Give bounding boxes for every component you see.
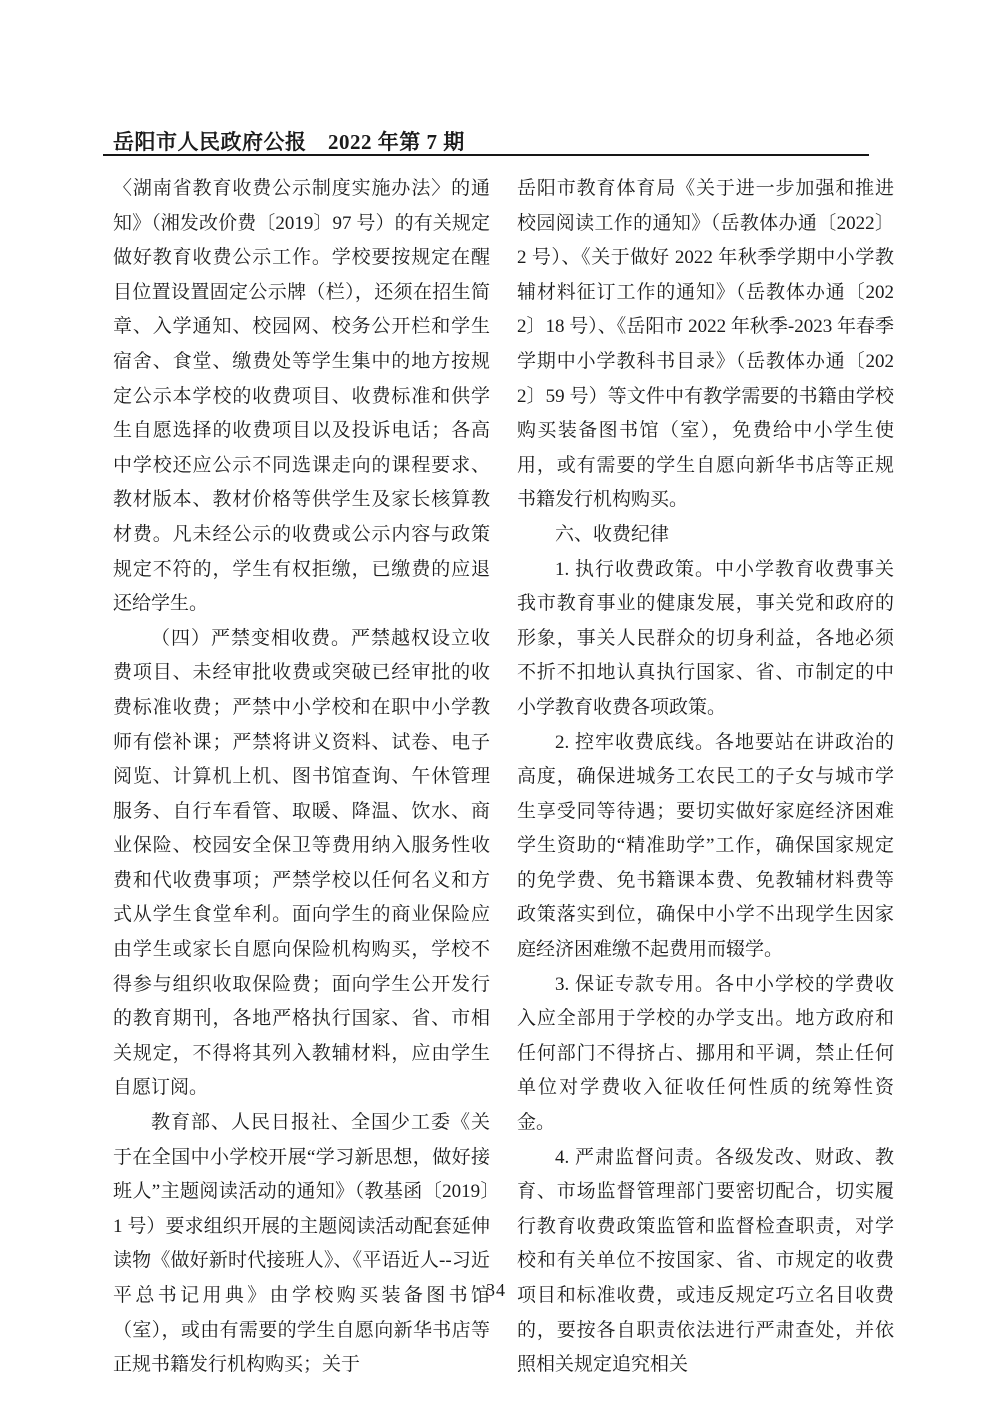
paragraph-item-four: （四）严禁变相收费。严禁越权设立收费项目、未经审批收费或突破已经审批的收费标准收… (113, 622, 490, 1106)
left-column: 〈湖南省教育收费公示制度实施办法〉的通知》（湘发改价费〔2019〕97 号）的有… (113, 172, 490, 1383)
right-column: 岳阳市教育体育局《关于进一步加强和推进校园阅读工作的通知》（岳教体办通〔2022… (517, 172, 894, 1383)
page-number: 34 (486, 1280, 506, 1300)
paragraph-point-2: 2. 控牢收费底线。各地要站在讲政治的高度，确保进城务工农民工的子女与城市学生享… (517, 726, 894, 968)
paragraph-reading-materials: 教育部、人民日报社、全国少工委《关于在全国中小学校开展“学习新思想，做好接班人”… (113, 1106, 490, 1383)
section-heading-fee-discipline: 六、收费纪律 (517, 518, 894, 553)
page-footer: 34 (0, 1280, 992, 1301)
page-header: 岳阳市人民政府公报 2022 年第 7 期 (113, 126, 893, 156)
paragraph-point-1: 1. 执行收费政策。中小学教育收费事关我市教育事业的健康发展，事关党和政府的形象… (517, 553, 894, 726)
header-divider (103, 154, 869, 156)
paragraph-continuation: 岳阳市教育体育局《关于进一步加强和推进校园阅读工作的通知》（岳教体办通〔2022… (517, 172, 894, 518)
gazette-page: 岳阳市人民政府公报 2022 年第 7 期 〈湖南省教育收费公示制度实施办法〉的… (0, 0, 992, 1403)
header-title: 岳阳市人民政府公报 2022 年第 7 期 (113, 130, 465, 154)
paragraph-continuation: 〈湖南省教育收费公示制度实施办法〉的通知》（湘发改价费〔2019〕97 号）的有… (113, 172, 490, 622)
paragraph-point-3: 3. 保证专款专用。各中小学校的学费收入应全部用于学校的办学支出。地方政府和任何… (517, 968, 894, 1141)
paragraph-point-4: 4. 严肃监督问责。各级发改、财政、教育、市场监督管理部门要密切配合，切实履行教… (517, 1141, 894, 1383)
page-content: 〈湖南省教育收费公示制度实施办法〉的通知》（湘发改价费〔2019〕97 号）的有… (113, 172, 894, 1383)
